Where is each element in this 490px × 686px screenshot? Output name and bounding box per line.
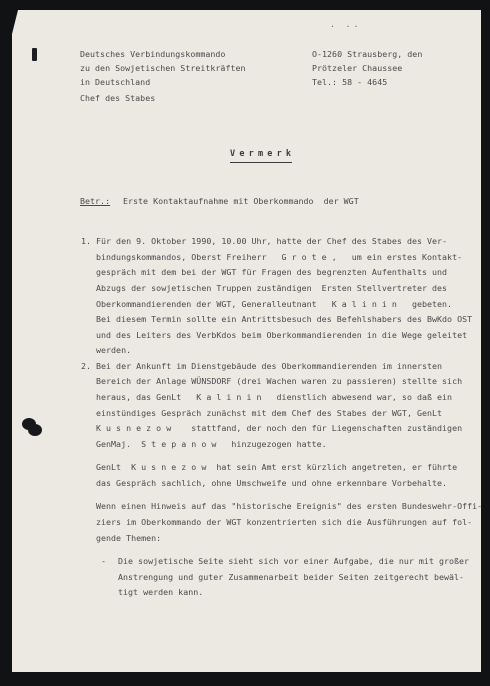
item-line: bindungskommandos, Oberst Freiherr G r o…: [96, 252, 462, 262]
top-marks: . ..: [330, 20, 361, 29]
bullet-line: Anstrengung und guter Zusammenarbeit bei…: [118, 572, 464, 582]
item-line: heraus, das GenLt K a l i n i n dienstli…: [96, 392, 452, 402]
item-line: einstündiges Gespräch zunächst mit dem C…: [96, 408, 442, 418]
bullet-line: Die sowjetische Seite sieht sich vor ein…: [118, 556, 469, 566]
staple-mark: [32, 48, 37, 61]
document-title: Vermerk: [230, 149, 295, 159]
paragraph-line: das Gespräch sachlich, ohne Umschweife u…: [96, 478, 447, 488]
address-line: Tel.: 58 - 4645: [312, 77, 387, 87]
sender-line: zu den Sowjetischen Streitkräften: [80, 63, 246, 73]
subject-label: Betr.:: [80, 196, 110, 206]
item-number: 2.: [81, 361, 91, 371]
item-line: K u s n e z o w stattfand, der noch den …: [96, 423, 462, 433]
item-line: Abzugs der sowjetischen Truppen zuständi…: [96, 283, 447, 293]
bullet-line: tigt werden kann.: [118, 587, 203, 597]
sender-line: Chef des Stabes: [80, 93, 155, 103]
sender-line: in Deutschland: [80, 77, 150, 87]
paragraph-line: GenLt K u s n e z o w hat sein Amt erst …: [96, 462, 457, 472]
bullet-marker: -: [101, 556, 106, 566]
punch-hole: [28, 424, 42, 436]
item-line: werden.: [96, 345, 131, 355]
address-line: Prötzeler Chaussee: [312, 63, 402, 73]
item-line: gespräch mit dem bei der WGT für Fragen …: [96, 267, 447, 277]
item-line: Bereich der Anlage WÜNSDORF (drei Wachen…: [96, 376, 462, 386]
paragraph-line: Wenn einen Hinweis auf das "historische …: [96, 501, 482, 511]
item-line: und des Leiters des VerbKdos beim Oberko…: [96, 330, 467, 340]
title-underline: [230, 162, 292, 163]
item-number: 1.: [81, 236, 91, 246]
item-line: Oberkommandierenden der WGT, Generalleut…: [96, 299, 452, 309]
item-line: Bei der Ankunft im Dienstgebäude des Obe…: [96, 361, 442, 371]
item-line: Bei diesem Termin sollte ein Antrittsbes…: [96, 314, 472, 324]
address-line: O-1260 Strausberg, den: [312, 49, 422, 59]
item-line: Für den 9. Oktober 1990, 10.00 Uhr, hatt…: [96, 236, 447, 246]
paragraph-line: ziers im Oberkommando der WGT konzentrie…: [96, 517, 472, 527]
sender-line: Deutsches Verbindungskommando: [80, 49, 225, 59]
item-line: GenMaj. S t e p a n o w hinzugezogen hat…: [96, 439, 327, 449]
paragraph-line: gende Themen:: [96, 533, 161, 543]
subject-text: Erste Kontaktaufnahme mit Oberkommando d…: [123, 196, 359, 206]
document-page: . .. Deutsches Verbindungskommando zu de…: [12, 10, 481, 672]
